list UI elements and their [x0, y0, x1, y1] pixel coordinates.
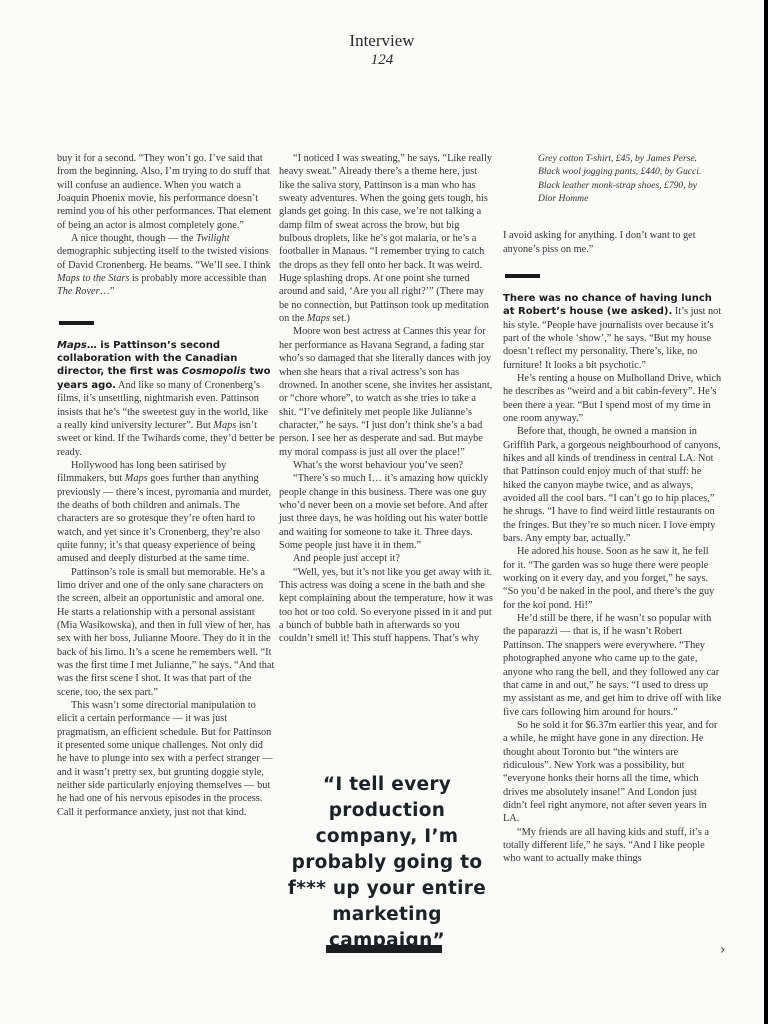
paragraph: Before that, though, he owned a mansion …	[503, 425, 723, 545]
article-column-2: “I noticed I was sweating,” he says. “Li…	[279, 152, 493, 646]
paragraph: Moore won best actress at Cannes this ye…	[279, 325, 493, 458]
article-column-3: Grey cotton T-shirt, £45, by James Perse…	[503, 152, 723, 866]
paragraph: “There’s so much I… it’s amazing how qui…	[279, 472, 493, 552]
interview-question: And people just accept it?	[279, 552, 493, 565]
paragraph: Maps… is Pattinson’s second collaboratio…	[57, 339, 275, 459]
paragraph: He’d still be there, if he wasn’t so pop…	[503, 612, 723, 719]
paragraph: “I noticed I was sweating,” he says. “Li…	[279, 152, 493, 325]
paragraph: buy it for a second. “They won’t go. I’v…	[57, 152, 275, 232]
paragraph: Hollywood has long been satirised by fil…	[57, 459, 275, 566]
article-column-1: buy it for a second. “They won’t go. I’v…	[57, 152, 275, 819]
section-title: Interview	[0, 31, 764, 51]
page-number: 124	[0, 51, 764, 69]
next-page-chevron-icon[interactable]: ›	[720, 942, 726, 958]
paragraph: This wasn’t some directorial manipulatio…	[57, 699, 275, 819]
paragraph: There was no chance of having lunch at R…	[503, 292, 723, 372]
paragraph: “Well, yes, but it’s not like you get aw…	[279, 566, 493, 646]
section-divider	[505, 274, 540, 278]
pull-quote-bar	[326, 945, 442, 953]
page-header: Interview 124	[0, 31, 764, 69]
paragraph: “My friends are all having kids and stuf…	[503, 826, 723, 866]
paragraph: He adored his house. Soon as he saw it, …	[503, 545, 723, 612]
pull-quote: “I tell every production company, I’m pr…	[282, 772, 492, 954]
paragraph: So he sold it for $6.37m earlier this ye…	[503, 719, 723, 826]
paragraph: He’s renting a house on Mulholland Drive…	[503, 372, 723, 425]
interview-question: What’s the worst behaviour you’ve seen?	[279, 459, 493, 472]
paragraph: I avoid asking for anything. I don’t wan…	[503, 229, 723, 256]
section-divider	[59, 321, 94, 325]
fashion-credit: Grey cotton T-shirt, £45, by James Perse…	[538, 152, 708, 205]
screen-edge	[764, 0, 768, 1024]
paragraph: Pattinson’s role is small but memorable.…	[57, 566, 275, 699]
paragraph: A nice thought, though — the Twilight de…	[57, 232, 275, 299]
